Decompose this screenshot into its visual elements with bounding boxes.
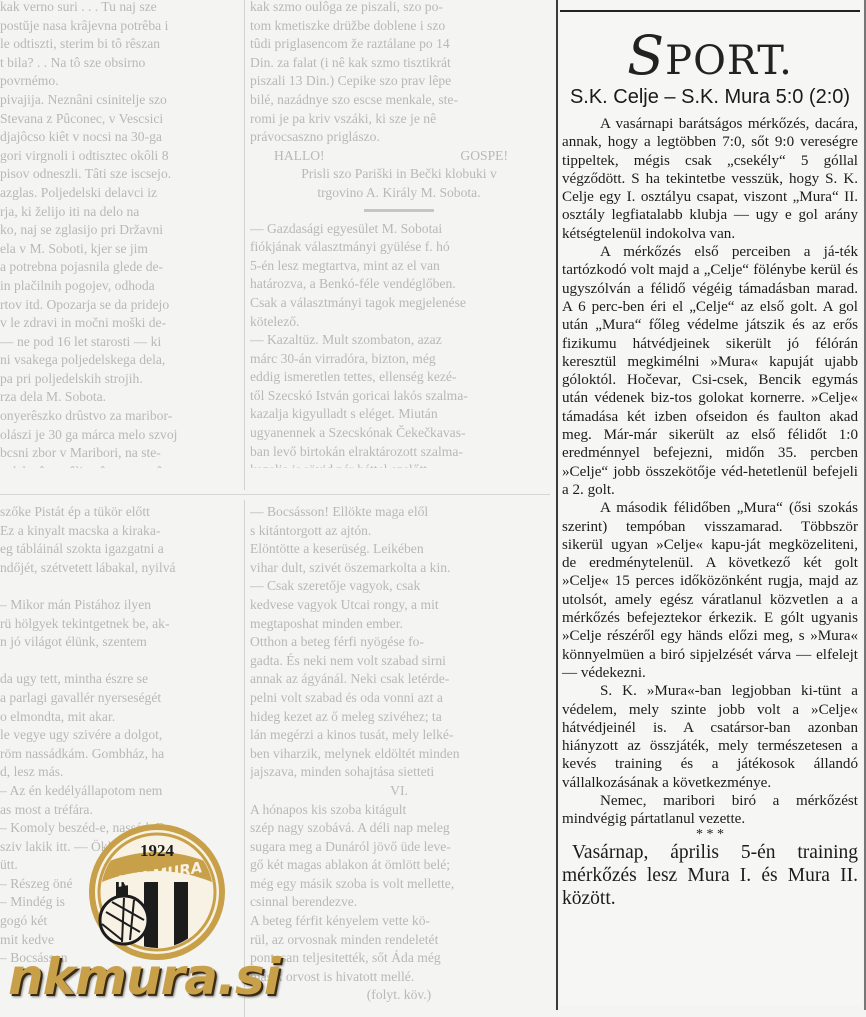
- background-text-line: pisov odneszli. Tâti sze iscsejo.: [0, 165, 238, 184]
- background-text-line: djajôcso kiêt v nocsi na 30-ga: [0, 128, 238, 147]
- background-text-line: fiókjának választmányi gyülése f. hó: [250, 238, 548, 257]
- ad-gospe: GOSPE!: [460, 147, 508, 166]
- background-text-line: — Gazdasági egyesület M. Sobotai: [250, 220, 548, 239]
- background-text-line: a parlagi gavallér nyerseségét: [0, 689, 238, 708]
- background-text-line: gadta. És neki nem volt szabad sirni: [250, 652, 548, 671]
- background-text-line: t bila? . . Na tô sze obsirno: [0, 54, 238, 73]
- background-text-line: olászi je 30 ga márca melo szvoj: [0, 426, 238, 445]
- background-text-line: bilé, nazádnye szo escse menkale, ste-: [250, 91, 548, 110]
- background-text-line: megtaposhat minden ember.: [250, 615, 548, 634]
- col-b-ad-lines: Prisli szo Pariški in Bečki klobuki vtrg…: [250, 165, 548, 202]
- background-text-line: rza dela M. Sobota.: [0, 388, 238, 407]
- background-text-line: tom kmetiszke drüžbe doblene i szo: [250, 17, 548, 36]
- background-text-line: ko, naj se zglasijo pri Državni: [0, 221, 238, 240]
- background-text-line: — Csak szeretője vagyok, csak: [250, 577, 548, 596]
- background-text-line: trgovino A. Király M. Sobota.: [250, 184, 548, 203]
- background-text-line: kazalja is rövid pár héttel ezelőtt: [250, 461, 548, 468]
- background-text-line: — Bocsásson! Ellökte maga elől: [250, 503, 548, 522]
- background-text-line: — Kazaltüz. Mult szombaton, azaz: [250, 331, 548, 350]
- background-text-line: postŭje nasa krâjevna potrêba i: [0, 17, 238, 36]
- background-text-line: in plačilnih pogojev, odhoda: [0, 277, 238, 296]
- background-text-line: eddig ismeretlen tettes, ellenség kezé-: [250, 368, 548, 387]
- background-column-a: kak verno suri . . . Tu naj szepostŭje n…: [0, 0, 238, 468]
- background-text-line: ndőjét, szétvetett lábakal, nyilvá: [0, 559, 238, 578]
- background-text-line: röm nassádkám. Gombház, ha: [0, 745, 238, 764]
- background-text-line: [0, 577, 238, 596]
- background-text-line: – Mikor mán Pistához ilyen: [0, 596, 238, 615]
- article-paragraph: S. K. »Mura«-ban legjobban ki-tünt a véd…: [562, 682, 858, 792]
- background-text-line: e delegâtov tâljemânye z vszê: [0, 463, 238, 468]
- background-text-line: ni vsakega poljedelskega dela,: [0, 351, 238, 370]
- background-text-line: ela v M. Soboti, kjer se jim: [0, 240, 238, 259]
- background-text-line: Ez a kinyalt macska a kiraka-: [0, 522, 238, 541]
- background-text-line: ben viharzik, melynek eldöltét minden: [250, 745, 548, 764]
- background-text-line: da ugy tett, mintha észre se: [0, 670, 238, 689]
- background-text-line: kak verno suri . . . Tu naj sze: [0, 0, 238, 17]
- background-text-line: a potrebna pojasnila glede de-: [0, 258, 238, 277]
- col-b-bottom: — Gazdasági egyesület M. Sobotaifiókjána…: [250, 220, 548, 468]
- background-text-line: as most a tréfára.: [0, 801, 238, 820]
- background-text-line: právocsaszno priglászo.: [250, 128, 548, 147]
- background-text-line: v le zdravi in močni moški de-: [0, 314, 238, 333]
- background-text-line: [0, 652, 238, 671]
- background-text-line: – Az én kedélyállapotom nem: [0, 782, 238, 801]
- background-text-line: bcsni zbor v Maribori, na ste-: [0, 444, 238, 463]
- top-rule: [560, 10, 860, 12]
- background-text-line: lán megérzi a kinos tusát, mely lelké-: [250, 726, 548, 745]
- title-rest: PORT.: [665, 38, 793, 84]
- background-text-line: Din. za falat (i nê kak szmo tisztikrát: [250, 54, 548, 73]
- background-text-line: hideg kezet az ő meleg szivéhez; ta: [250, 708, 548, 727]
- background-text-line: tûdi priglasencom že raztálane po 14: [250, 35, 548, 54]
- article-paragraph: A mérkőzés első perceiben a já-ték tartó…: [562, 243, 858, 499]
- title-initial: S: [627, 24, 665, 87]
- background-text-line: jajszava, minden sohajtása sietteti: [250, 763, 548, 782]
- background-text-line: Elöntötte a keserüség. Leikében: [250, 540, 548, 559]
- column-border-left: [556, 0, 558, 1010]
- chapter-number: VI.: [250, 782, 548, 801]
- background-text-line: től Szecskó István goricai lakós szalma-: [250, 387, 548, 406]
- background-text-line: vihar dult, szivét öszemarkolta a kin.: [250, 559, 548, 578]
- background-text-line: romi je pa kriv vszáki, ki sze je nê: [250, 110, 548, 129]
- background-text-line: d, lesz más.: [0, 763, 238, 782]
- background-text-line: rtov itd. Opozarja se da pridejo: [0, 296, 238, 315]
- background-text-line: kedvese vagyok Utcai rongy, a mit: [250, 596, 548, 615]
- background-text-line: pa pri poljedelskih strojih.: [0, 370, 238, 389]
- background-text-line: Otthon a beteg férfi nyögése fo-: [250, 633, 548, 652]
- background-text-line: pivajija. Neznâni csinitelje szo: [0, 91, 238, 110]
- background-text-line: szőke Pistát ép a tükör előtt: [0, 503, 238, 522]
- section-title: SPORT.: [560, 24, 860, 87]
- article-paragraph: Nemec, maribori biró a mérkőzést mindvég…: [562, 792, 858, 829]
- background-text-line: ban levő birtokán elraktározott szalma-: [250, 443, 548, 462]
- article-paragraph: A második félidőben „Mura“ (ősi szokás s…: [562, 499, 858, 682]
- background-text-line: le odtiszti, sterim bi tô rêszan: [0, 35, 238, 54]
- nk-mura-watermark: 1924 N.K.MURA nkmura.si: [0, 820, 320, 1010]
- svg-text:1924: 1924: [140, 841, 175, 860]
- background-text-line: Stevana z Pûconec, v Vescsici: [0, 110, 238, 129]
- nkmura-wordmark: nkmura.si: [8, 948, 280, 1006]
- background-text-line: povrnémo.: [0, 72, 238, 91]
- horizontal-divider: [0, 494, 550, 495]
- section-rule: [364, 209, 434, 212]
- club-badge-icon: 1924 N.K.MURA: [82, 820, 232, 960]
- background-text-line: onyerêszko drûstvo za maribor-: [0, 407, 238, 426]
- background-text-line: kak szmo oulôga ze piszali, szo po-: [250, 0, 548, 17]
- training-notice: Vasárnap, április 5-én training mérkőzés…: [562, 841, 858, 910]
- background-text-line: — ne pod 16 let starosti — ki: [0, 333, 238, 352]
- background-text-line: eg tábláinál szokta igazgatni a: [0, 540, 238, 559]
- background-text-line: márc 30-án virradóra, bizton, még: [250, 350, 548, 369]
- article-paragraph: A vasárnapi barátságos mérkőzés, dacára,…: [562, 115, 858, 243]
- background-text-line: rü hölgyek tekintgetnek be, ak-: [0, 615, 238, 634]
- separator-asterisks: * * *: [562, 829, 858, 841]
- col-b-top: kak szmo oulôga ze piszali, szo po-tom k…: [250, 0, 548, 147]
- background-column-b: kak szmo oulôga ze piszali, szo po-tom k…: [250, 0, 548, 468]
- background-text-line: 5-én lesz megtartva, mint az el van: [250, 257, 548, 276]
- background-text-line: piszali 13 Din.) Cepike szo prav lêpe: [250, 72, 548, 91]
- col-d-top: — Bocsásson! Ellökte maga előls kitántor…: [250, 503, 548, 782]
- sport-article: SPORT. S.K. Celje – S.K. Mura 5:0 (2:0) …: [560, 0, 862, 1005]
- background-text-line: annak az ágyánál. Neki csak letérde-: [250, 670, 548, 689]
- background-text-line: s kitántorgott az ajtón.: [250, 522, 548, 541]
- background-text-line: Prisli szo Pariški in Bečki klobuki v: [250, 165, 548, 184]
- article-body: A vasárnapi barátságos mérkőzés, dacára,…: [562, 115, 858, 910]
- background-text-line: o elmondta, mit akar.: [0, 708, 238, 727]
- background-text-line: azglas. Poljedelski delavci iz: [0, 184, 238, 203]
- column-divider: [244, 0, 245, 490]
- ad-hallo-gospe: HALLO! GOSPE!: [250, 147, 548, 166]
- background-text-line: kötelező.: [250, 313, 548, 332]
- background-text-line: Csak a választmányi tagok megjelenése: [250, 294, 548, 313]
- background-text-line: le vegye ugy szivére a dolgot,: [0, 726, 238, 745]
- match-headline: S.K. Celje – S.K. Mura 5:0 (2:0): [560, 86, 860, 109]
- background-text-line: gori virgnoli i odtisztec okôli 8: [0, 147, 238, 166]
- background-text-line: kazalja kigyulladt s eléget. Miután: [250, 405, 548, 424]
- ad-hallo: HALLO!: [274, 147, 325, 166]
- background-text-line: határozva, a Benkó-féle vendéglőben.: [250, 275, 548, 294]
- background-text-line: rja, ki želijo iti na delo na: [0, 203, 238, 222]
- background-text-line: A hónapos kis szoba kitágult: [250, 801, 548, 820]
- background-text-line: pelni volt szabad és oda vonni azt a: [250, 689, 548, 708]
- background-text-line: n jó világot élünk, szentem: [0, 633, 238, 652]
- background-text-line: ugyanennek a Szecskónak Čekečkavas-: [250, 424, 548, 443]
